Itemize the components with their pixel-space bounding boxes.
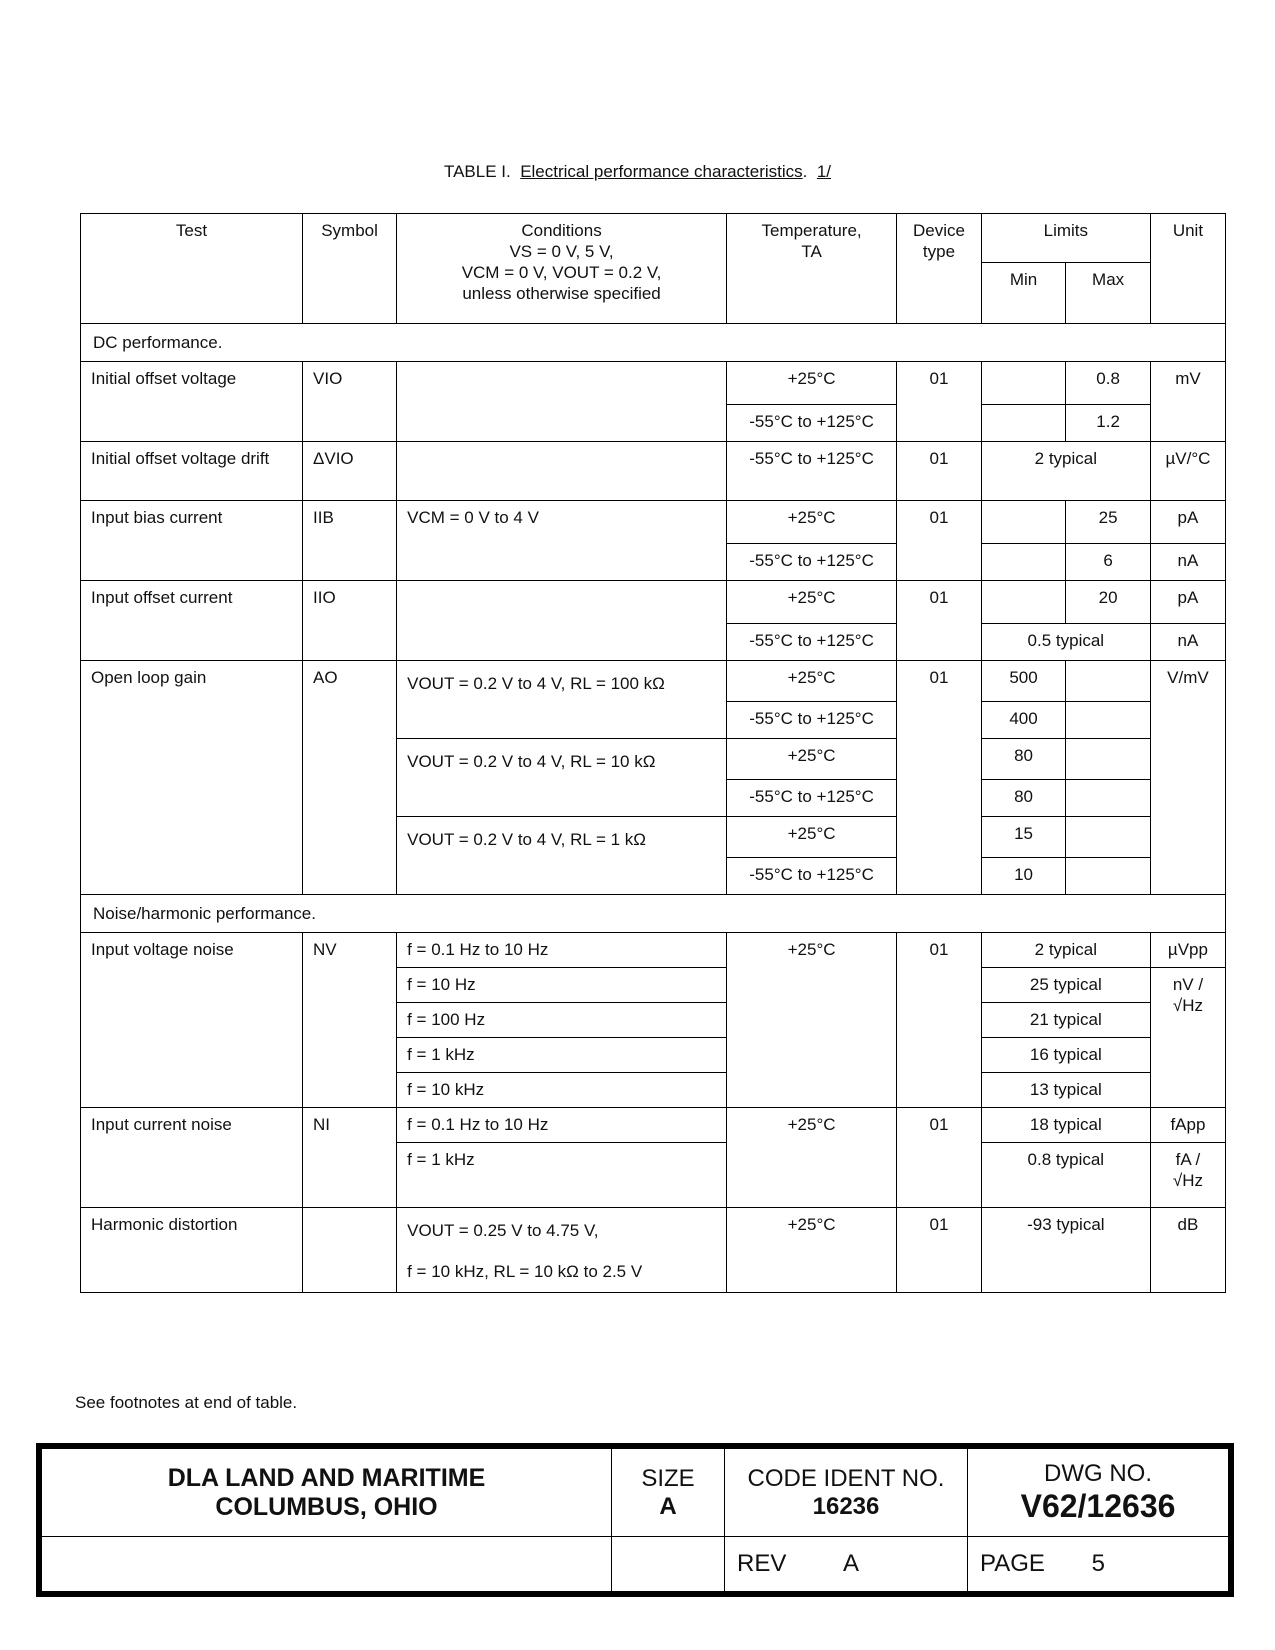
test-name: Input voltage noise <box>81 933 303 1108</box>
conditions <box>397 442 727 501</box>
device-type: 01 <box>897 501 982 581</box>
page-cell: PAGE 5 <box>968 1537 1229 1592</box>
test-name: Input current noise <box>81 1108 303 1208</box>
limit-min: 10 <box>981 858 1066 895</box>
unit: µV/°C <box>1150 442 1225 501</box>
limit-min: 500 <box>981 661 1066 702</box>
temperature-label: Temperature, <box>737 220 886 241</box>
code-ident-label: CODE IDENT NO. <box>726 1465 966 1493</box>
org-name: DLA LAND AND MARITIME COLUMBUS, OHIO <box>42 1449 612 1537</box>
conditions: f = 100 Hz <box>397 1003 727 1038</box>
header-limits: Limits <box>981 214 1150 263</box>
conditions: f = 10 Hz <box>397 968 727 1003</box>
limit-max <box>1066 858 1151 895</box>
rev-value: A <box>843 1550 859 1577</box>
limit-max: 25 <box>1066 501 1151 544</box>
temperature: +25°C <box>726 817 896 858</box>
limit-typical: 0.8 typical <box>981 1143 1150 1208</box>
limit-min: 80 <box>981 780 1066 817</box>
unit: dB <box>1150 1208 1225 1293</box>
conditions: f = 0.1 Hz to 10 Hz <box>397 933 727 968</box>
header-test: Test <box>81 214 303 324</box>
temperature: +25°C <box>726 1108 896 1208</box>
header-temperature: Temperature, TA <box>726 214 896 324</box>
limit-max <box>1066 702 1151 739</box>
size-value: A <box>613 1493 723 1521</box>
temperature: -55°C to +125°C <box>726 405 896 442</box>
empty-cell <box>612 1537 725 1592</box>
electrical-characteristics-table: Test Symbol Conditions VS = 0 V, 5 V, VC… <box>80 213 1226 1293</box>
temperature: -55°C to +125°C <box>726 544 896 581</box>
limit-typical: 2 typical <box>981 933 1150 968</box>
footnote-ref: 1/ <box>817 162 831 181</box>
limit-max <box>1066 780 1151 817</box>
test-name: Open loop gain <box>81 661 303 895</box>
conditions: f = 10 kHz <box>397 1073 727 1108</box>
limit-max: 0.8 <box>1066 362 1151 405</box>
code-ident-cell: CODE IDENT NO. 16236 <box>725 1449 968 1537</box>
limit-max <box>1066 739 1151 780</box>
table-row: Input voltage noise NV f = 0.1 Hz to 10 … <box>81 933 1226 968</box>
table-row: Initial offset voltage drift ΔVIO -55°C … <box>81 442 1226 501</box>
limit-typical: 2 typical <box>981 442 1150 501</box>
limit-typical: 0.5 typical <box>981 624 1150 661</box>
dwg-no-label: DWG NO. <box>969 1460 1227 1488</box>
limit-min <box>981 501 1066 544</box>
symbol: ΔVIO <box>303 442 397 501</box>
test-name: Input bias current <box>81 501 303 581</box>
test-name: Initial offset voltage <box>81 362 303 442</box>
header-unit: Unit <box>1150 214 1225 324</box>
page-label: PAGE <box>980 1550 1045 1577</box>
unit: V/mV <box>1150 661 1225 895</box>
unit: nV / √Hz <box>1150 968 1225 1108</box>
footnote-note: See footnotes at end of table. <box>75 1393 297 1413</box>
section-dc: DC performance. <box>81 324 1226 362</box>
header-max: Max <box>1066 263 1151 324</box>
empty-cell <box>42 1537 612 1592</box>
temperature: +25°C <box>726 362 896 405</box>
conditions: VOUT = 0.2 V to 4 V, RL = 10 kΩ <box>397 739 727 817</box>
limit-typical: 25 typical <box>981 968 1150 1003</box>
limit-typical: 21 typical <box>981 1003 1150 1038</box>
unit: fApp <box>1150 1108 1225 1143</box>
test-name: Input offset current <box>81 581 303 661</box>
device-type: 01 <box>897 1208 982 1293</box>
conditions-label: Conditions <box>407 220 716 241</box>
limit-max: 1.2 <box>1066 405 1151 442</box>
limit-min <box>981 362 1066 405</box>
conditions-vcm: VCM = 0 V, VOUT = 0.2 V, <box>407 262 716 283</box>
test-name: Harmonic distortion <box>81 1208 303 1293</box>
table-row: Input bias current IIB VCM = 0 V to 4 V … <box>81 501 1226 544</box>
header-symbol: Symbol <box>303 214 397 324</box>
dwg-no-value: V62/12636 <box>969 1488 1227 1525</box>
temperature: +25°C <box>726 739 896 780</box>
unit: µVpp <box>1150 933 1225 968</box>
limit-typical: 16 typical <box>981 1038 1150 1073</box>
limit-typical: 18 typical <box>981 1108 1150 1143</box>
unit: pA <box>1150 501 1225 544</box>
temperature: -55°C to +125°C <box>726 702 896 739</box>
conditions: VOUT = 0.25 V to 4.75 V, f = 10 kHz, RL … <box>397 1208 727 1293</box>
temperature: +25°C <box>726 501 896 544</box>
symbol: VIO <box>303 362 397 442</box>
header-min: Min <box>981 263 1066 324</box>
symbol: AO <box>303 661 397 895</box>
temperature: +25°C <box>726 581 896 624</box>
limit-typical: -93 typical <box>981 1208 1150 1293</box>
limit-min: 80 <box>981 739 1066 780</box>
limit-min <box>981 581 1066 624</box>
device-type: 01 <box>897 933 982 1108</box>
rev-label: REV <box>737 1550 786 1577</box>
temperature: -55°C to +125°C <box>726 624 896 661</box>
temperature: +25°C <box>726 933 896 1108</box>
temperature-symbol: TA <box>737 241 886 262</box>
table-row: Open loop gain AO VOUT = 0.2 V to 4 V, R… <box>81 661 1226 702</box>
limit-typical: 13 typical <box>981 1073 1150 1108</box>
symbol: NV <box>303 933 397 1108</box>
conditions <box>397 581 727 661</box>
conditions: f = 1 kHz <box>397 1038 727 1073</box>
org-line1: DLA LAND AND MARITIME <box>43 1464 610 1493</box>
rev-cell: REV A <box>725 1537 968 1592</box>
conditions-note: unless otherwise specified <box>407 283 716 304</box>
limit-min <box>981 405 1066 442</box>
table-row: Input current noise NI f = 0.1 Hz to 10 … <box>81 1108 1226 1143</box>
conditions-line: f = 10 kHz, RL = 10 kΩ to 2.5 V <box>407 1261 716 1282</box>
table-row: Initial offset voltage VIO +25°C 01 0.8 … <box>81 362 1226 405</box>
table-row: Input offset current IIO +25°C 01 20 pA <box>81 581 1226 624</box>
limit-min: 15 <box>981 817 1066 858</box>
unit: fA / √Hz <box>1150 1143 1225 1208</box>
device-type: 01 <box>897 581 982 661</box>
temperature: -55°C to +125°C <box>726 442 896 501</box>
table-caption: Electrical performance characteristics <box>520 162 802 181</box>
conditions <box>397 362 727 442</box>
symbol <box>303 1208 397 1293</box>
limit-max: 20 <box>1066 581 1151 624</box>
symbol: NI <box>303 1108 397 1208</box>
limit-min <box>981 544 1066 581</box>
limit-max <box>1066 817 1151 858</box>
symbol: IIB <box>303 501 397 581</box>
conditions-vs: VS = 0 V, 5 V, <box>407 241 716 262</box>
temperature: +25°C <box>726 661 896 702</box>
size-cell: SIZE A <box>612 1449 725 1537</box>
limit-min: 400 <box>981 702 1066 739</box>
unit: mV <box>1150 362 1225 442</box>
temperature: -55°C to +125°C <box>726 858 896 895</box>
conditions: f = 0.1 Hz to 10 Hz <box>397 1108 727 1143</box>
device-type: 01 <box>897 442 982 501</box>
symbol: IIO <box>303 581 397 661</box>
limit-max <box>1066 661 1151 702</box>
unit: nA <box>1150 544 1225 581</box>
device-type: 01 <box>897 661 982 895</box>
org-line2: COLUMBUS, OHIO <box>43 1493 610 1522</box>
unit: nA <box>1150 624 1225 661</box>
conditions-line: VOUT = 0.25 V to 4.75 V, <box>407 1220 716 1241</box>
test-name: Initial offset voltage drift <box>81 442 303 501</box>
conditions: f = 1 kHz <box>397 1143 727 1208</box>
temperature: -55°C to +125°C <box>726 780 896 817</box>
section-noise: Noise/harmonic performance. <box>81 895 1226 933</box>
header-device-type: Device type <box>897 214 982 324</box>
temperature: +25°C <box>726 1208 896 1293</box>
table-row: Harmonic distortion VOUT = 0.25 V to 4.7… <box>81 1208 1226 1293</box>
size-label: SIZE <box>613 1465 723 1493</box>
dwg-no-cell: DWG NO. V62/12636 <box>968 1449 1229 1537</box>
unit: pA <box>1150 581 1225 624</box>
conditions: VCM = 0 V to 4 V <box>397 501 727 581</box>
table-number: TABLE I. <box>444 162 511 181</box>
header-conditions: Conditions VS = 0 V, 5 V, VCM = 0 V, VOU… <box>397 214 727 324</box>
conditions: VOUT = 0.2 V to 4 V, RL = 1 kΩ <box>397 817 727 895</box>
limit-max: 6 <box>1066 544 1151 581</box>
device-type: 01 <box>897 362 982 442</box>
code-ident-value: 16236 <box>726 1493 966 1521</box>
title-block: DLA LAND AND MARITIME COLUMBUS, OHIO SIZ… <box>36 1443 1234 1597</box>
conditions: VOUT = 0.2 V to 4 V, RL = 100 kΩ <box>397 661 727 739</box>
device-type: 01 <box>897 1108 982 1208</box>
table-title: TABLE I. Electrical performance characte… <box>0 162 1275 182</box>
page-value: 5 <box>1092 1550 1105 1577</box>
header-row: Test Symbol Conditions VS = 0 V, 5 V, VC… <box>81 214 1226 263</box>
